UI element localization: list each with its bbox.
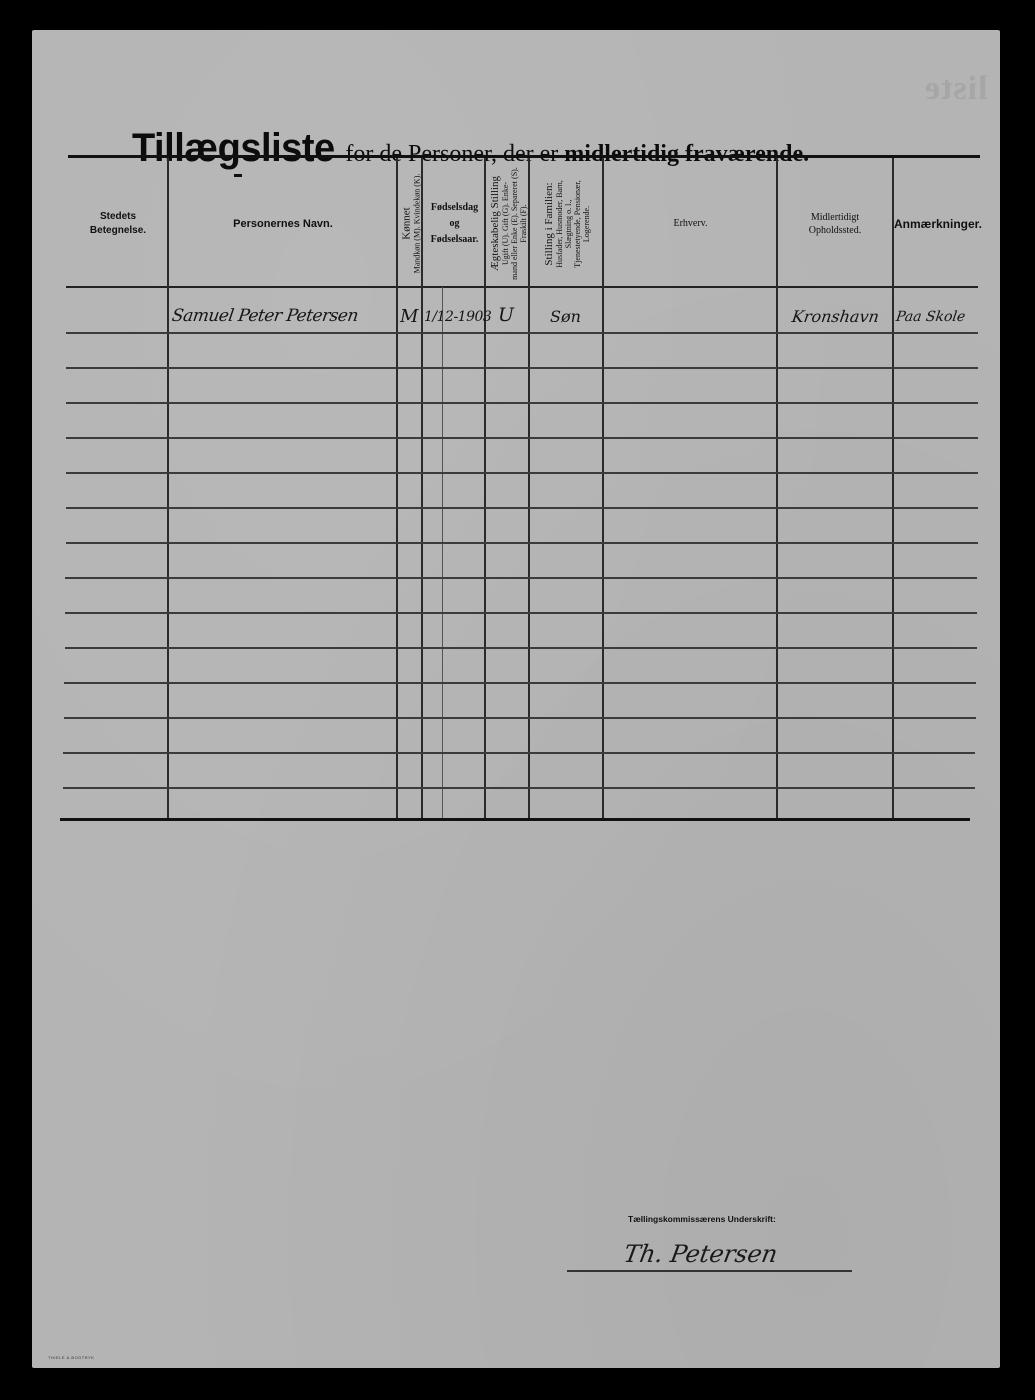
signature-label: Tællingskommissærens Underskrift: — [628, 1214, 776, 1224]
header-top-rule — [68, 155, 980, 158]
header-fodsel-line1: Fødselsdag — [431, 200, 478, 216]
header-navn: Personernes Navn. — [168, 160, 398, 287]
row-line — [66, 402, 978, 404]
col-divider-kon-fodsel — [421, 158, 423, 820]
header-kon-line2: Mandkøn (M). Kvindekøn (K). — [412, 174, 421, 274]
row-line — [65, 647, 977, 649]
header-fodsel-line3: Fødselsaar. — [431, 232, 479, 248]
row-line — [66, 542, 978, 544]
entry-birthdate: 1/12-1903 — [424, 309, 491, 325]
header-aegt-line1: Ægteskabelig Stilling — [489, 167, 501, 280]
header-erhverv-label: Erhverv. — [673, 217, 707, 230]
col-divider-stedets-navn — [167, 158, 169, 820]
row-line — [66, 507, 978, 509]
entry-remarks: Paa Skole — [895, 309, 966, 325]
header-aegt-line3: mand eller Enke (E). Separeret (S). — [510, 167, 519, 280]
header-opholdssted-line1: Midlertidigt — [811, 211, 859, 224]
header-fodsel-line2: og — [450, 216, 460, 232]
header-anmaerkninger-label: Anmærkninger. — [894, 217, 982, 231]
header-fodsel: Fødselsdag og Fødselsaar. — [423, 160, 486, 287]
signature-line — [567, 1270, 852, 1272]
entry-temporary-residence: Kronshavn — [791, 307, 881, 326]
row-line — [63, 752, 975, 754]
row-line — [66, 332, 978, 334]
col-divider-navn-kon — [396, 158, 398, 820]
header-stedets: Stedets Betegnelse. — [68, 160, 168, 287]
header-stilling-line1: Stilling i Familien: — [543, 180, 555, 268]
header-anmaerkninger: Anmærkninger. — [893, 160, 983, 287]
row-line — [66, 472, 978, 474]
header-stedets-line1: Stedets — [100, 210, 136, 224]
entry-sex: M — [400, 306, 418, 327]
table-bottom-rule — [60, 818, 970, 821]
row-line — [65, 577, 977, 579]
header-stilling-rotated: Stilling i Familien: Husfader, Husmoder,… — [543, 180, 591, 268]
row-line — [63, 787, 975, 789]
header-opholdssted-line2: Opholdssted. — [809, 224, 862, 237]
row-line — [64, 717, 976, 719]
row-line — [66, 437, 978, 439]
header-stilling: Stilling i Familien: Husfader, Husmoder,… — [530, 160, 604, 287]
entry-name: Samuel Peter Petersen — [171, 306, 360, 326]
col-divider-opholdssted-anm — [892, 158, 894, 820]
header-kon: Kønnet Mandkøn (M). Kvindekøn (K). — [398, 160, 423, 287]
col-divider-stilling-erhverv — [602, 158, 604, 820]
header-aegt-rotated: Ægteskabelig Stilling Ugift (U). Gift (G… — [489, 167, 528, 280]
header-stedets-line2: Betegnelse. — [90, 224, 146, 238]
col-divider-aegt-stilling — [528, 158, 530, 820]
header-stilling-line3: Slægtning o. l., — [564, 180, 573, 268]
entry-family-position: Søn — [550, 307, 581, 326]
header-bottom-rule — [66, 286, 978, 288]
header-navn-label: Personernes Navn. — [233, 217, 333, 231]
row-line — [66, 367, 978, 369]
header-erhverv: Erhverv. — [604, 160, 777, 287]
entry-marital-status: U — [498, 304, 514, 326]
header-aegt: Ægteskabelig Stilling Ugift (U). Gift (G… — [486, 160, 530, 287]
header-stilling-line2: Husfader, Husmoder, Barn, — [555, 180, 564, 268]
header-aegt-line2: Ugift (U). Gift (G). Enke- — [501, 167, 510, 280]
col-divider-erhverv-opholdssted — [776, 158, 778, 820]
header-kon-line1: Kønnet — [400, 174, 412, 274]
row-line — [64, 682, 976, 684]
printer-mark: THIELE & BOGTRYK — [48, 1355, 94, 1360]
signature-value: Th. Petersen — [622, 1240, 780, 1268]
header-stilling-line4: Tjenestetyende, Pensionær, — [573, 180, 582, 268]
header-kon-rotated: Kønnet Mandkøn (M). Kvindekøn (K). — [400, 174, 421, 274]
row-line — [65, 612, 977, 614]
col-divider-fodsel-aegt — [484, 158, 486, 820]
census-form-page: liste Tillægsliste for de Personer, der … — [32, 30, 1000, 1368]
header-opholdssted: Midlertidigt Opholdssted. — [777, 160, 893, 287]
header-stilling-line5: Logerende. — [582, 180, 591, 268]
header-aegt-line4: Fraskilt (F). — [519, 167, 528, 280]
bleed-through-text: liste — [924, 70, 988, 108]
